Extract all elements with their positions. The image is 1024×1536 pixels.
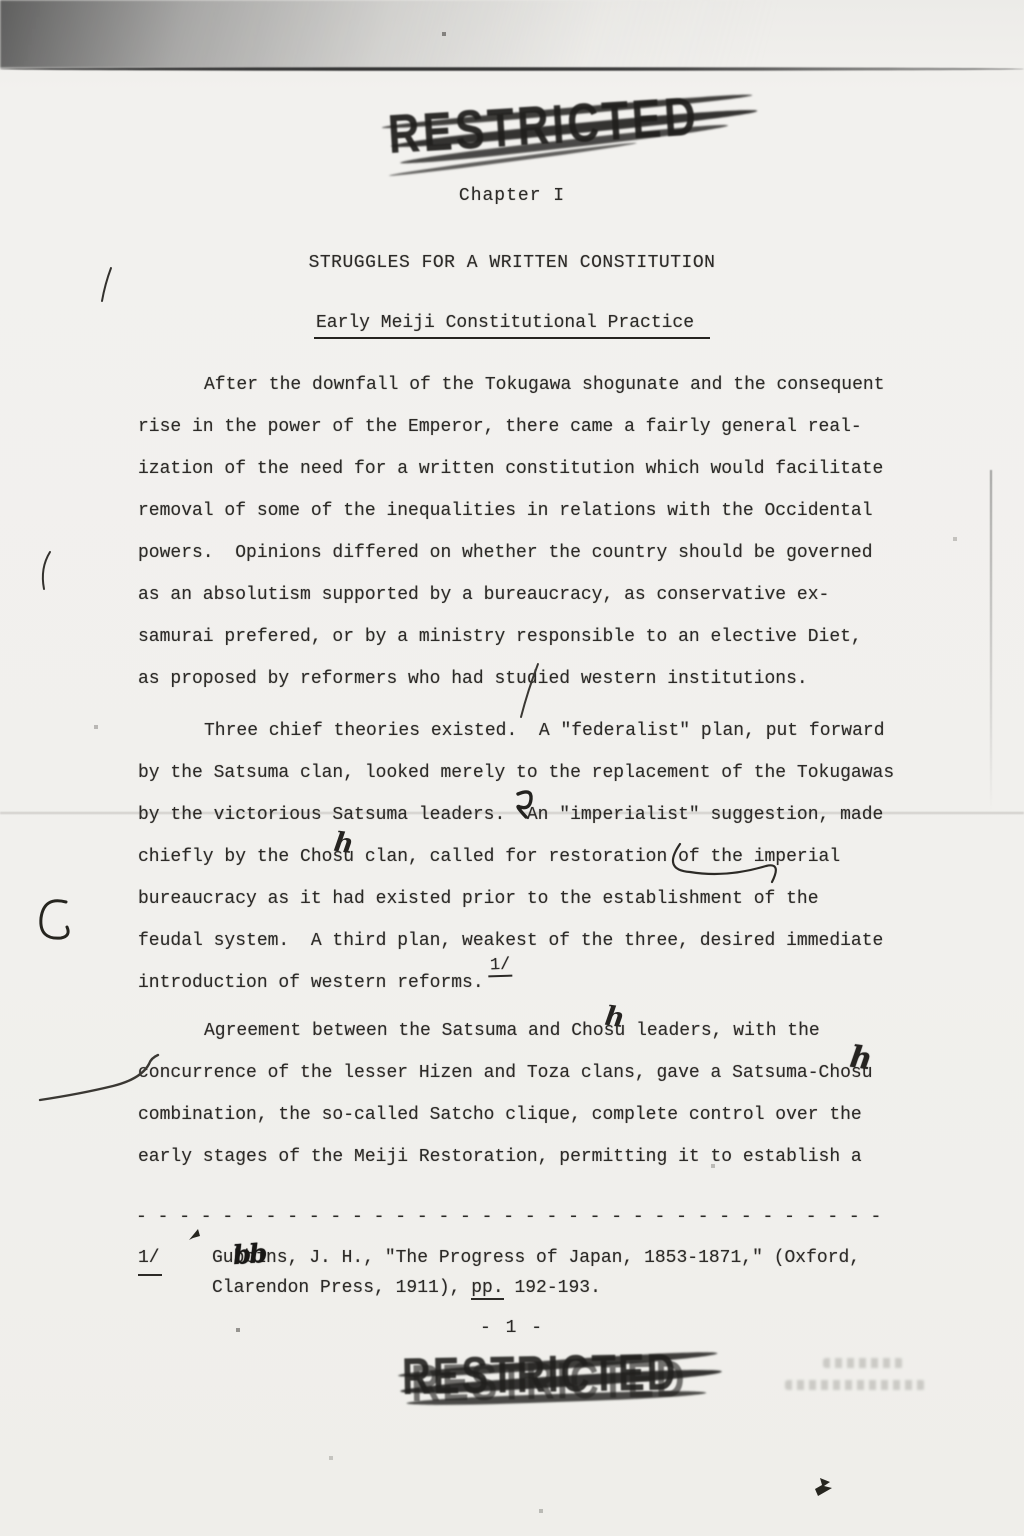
restricted-stamp-bottom: RESTRICTED RESTRICTED bbox=[401, 1339, 712, 1416]
faint-stamp-line bbox=[823, 1358, 903, 1368]
handwritten-circle-around-of-the bbox=[660, 842, 790, 894]
page-number: - 1 - bbox=[0, 1318, 1024, 1338]
footnote-separator-dashes: - - - - - - - - - - - - - - - - - - - - … bbox=[136, 1196, 881, 1238]
footnote-citation-post: 192-193. bbox=[504, 1278, 601, 1298]
handwritten-h-insert-chosu-2: h bbox=[603, 1003, 626, 1032]
handwritten-loop-under-to bbox=[512, 788, 542, 820]
handwritten-slash-through-studied bbox=[516, 662, 542, 720]
handwritten-paren-mark bbox=[36, 550, 54, 592]
chapter-heading: Chapter I bbox=[0, 186, 1024, 206]
handwritten-swoosh-mark bbox=[38, 1052, 173, 1112]
restricted-stamp-top: RESTRICTED bbox=[386, 77, 746, 177]
handwritten-h-insert-chosu-1: h bbox=[332, 829, 355, 858]
text-line: as an absolutism supported by a bureaucr… bbox=[138, 574, 885, 616]
text-line: Agreement between the Satsuma and Chosu … bbox=[138, 1010, 873, 1052]
section-subtitle: Early Meiji Constitutional Practice bbox=[0, 313, 1024, 339]
page-top-edge bbox=[0, 67, 1024, 71]
text-line: rise in the power of the Emperor, there … bbox=[138, 406, 885, 448]
scan-noise-speckles bbox=[0, 0, 2, 2]
footnote-pp-abbrev: pp. bbox=[471, 1278, 503, 1300]
text-line: introduction of western reforms. bbox=[138, 962, 894, 1004]
handwritten-slash-mark bbox=[98, 266, 116, 304]
faint-stamp-remnant bbox=[775, 1350, 945, 1406]
text-line: as proposed by reformers who had studied… bbox=[138, 658, 885, 700]
text-line: removal of some of the inequalities in r… bbox=[138, 490, 885, 532]
section-subtitle-text: Early Meiji Constitutional Practice bbox=[314, 313, 710, 339]
footnote-superscript-marker: 1/ bbox=[488, 956, 513, 978]
footnote-citation-pre: Clarendon Press, 1911), bbox=[212, 1278, 471, 1298]
handwritten-footnote-pointer-mark bbox=[186, 1226, 204, 1244]
paragraph-1: After the downfall of the Tokugawa shogu… bbox=[138, 364, 885, 700]
photo-background-shadow bbox=[0, 0, 1024, 68]
ink-blot bbox=[810, 1476, 836, 1498]
document-page: RESTRICTED Chapter I STRUGGLES FOR A WRI… bbox=[0, 0, 1024, 1536]
text-line: feudal system. A third plan, weakest of … bbox=[138, 920, 894, 962]
page-title: STRUGGLES FOR A WRITTEN CONSTITUTION bbox=[0, 253, 1024, 273]
handwritten-bb-overwrite: bb bbox=[232, 1239, 266, 1271]
text-line: powers. Opinions differed on whether the… bbox=[138, 532, 885, 574]
paper-edge-crease bbox=[990, 470, 992, 810]
footnote-citation-line1: Gubbins, J. H., "The Progress of Japan, … bbox=[212, 1243, 860, 1273]
paragraph-3: Agreement between the Satsuma and Chosu … bbox=[138, 1010, 873, 1178]
handwritten-h-insert-chosu-3: h bbox=[848, 1043, 874, 1076]
text-line: concurrence of the lesser Hizen and Toza… bbox=[138, 1052, 873, 1094]
footnote-marker: 1/ bbox=[138, 1243, 162, 1276]
text-line: early stages of the Meiji Restoration, p… bbox=[138, 1136, 873, 1178]
text-line: ization of the need for a written consti… bbox=[138, 448, 885, 490]
text-line: combination, the so-called Satcho clique… bbox=[138, 1094, 873, 1136]
text-line: samurai prefered, or by a ministry respo… bbox=[138, 616, 885, 658]
handwritten-circle-mark bbox=[34, 896, 78, 944]
text-line: After the downfall of the Tokugawa shogu… bbox=[138, 364, 885, 406]
footnote-citation-line2: Clarendon Press, 1911), pp. 192-193. bbox=[212, 1273, 601, 1303]
faint-stamp-line bbox=[785, 1380, 925, 1390]
